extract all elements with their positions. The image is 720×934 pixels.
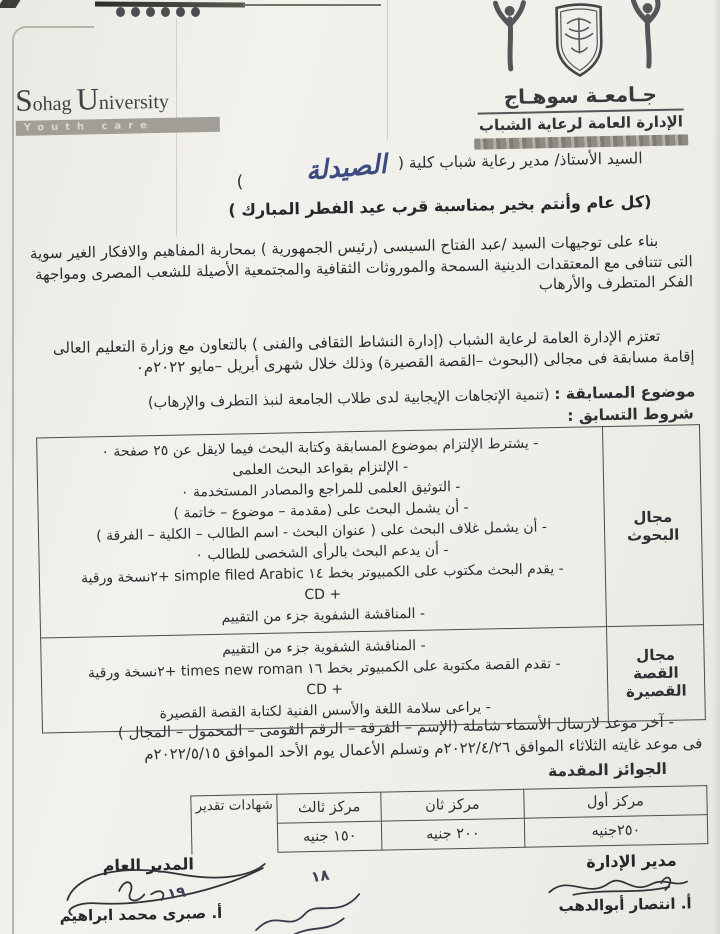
admin-director-name: أ. انتصار أبوالدهب [558, 894, 691, 915]
prize-certificates: شهادات تقدير [191, 794, 278, 854]
university-name-arabic: جـامعـة سوهـاج [473, 81, 687, 109]
prize-rank-3: مركز ثالث [277, 792, 381, 823]
handwritten-scribble [247, 886, 368, 934]
prize-amount-2: ٢٠٠ جنيه [381, 818, 524, 850]
eid-greeting-line: (كل عام وأنتم بخير بمناسبة قرب عيد الفطر… [228, 192, 651, 219]
scanned-letter-page: جـامعـة سوهـاج الإدارة العامة لرعاية الش… [0, 0, 720, 934]
college-name-handwritten: الصيدلة [305, 150, 388, 187]
announcement-paragraph: تعتزم الإدارة العامة لرعاية الشباب (إدار… [28, 325, 695, 379]
prize-rank-2: مركز ثان [381, 789, 524, 821]
university-logo-block: جـامعـة سوهـاج الإدارة العامة لرعاية الش… [471, 0, 688, 150]
subject-value: (تنمية الإتجاهات الإيجابية لدى طلاب الجا… [148, 387, 550, 411]
handwritten-number-left: ١٩ [166, 882, 187, 903]
field-name-research: مجال البحوث [602, 425, 703, 627]
addressee-line: السيد الأستاذ/ مدير رعاية شباب كلية ( ال… [236, 140, 643, 178]
prize-rank-1: مركز أول [523, 786, 707, 819]
conditions-label: شروط التسابق : [567, 404, 694, 425]
intro-paragraph: بناء على توجيهات السيد /عبد الفتاح السيس… [28, 230, 693, 305]
university-emblem-icon [471, 0, 687, 86]
university-name-english: Sohag University [15, 79, 226, 119]
prize-amount-3: ١٥٠ جنيه [278, 821, 382, 852]
handwritten-number-center: ١٨ [310, 866, 331, 887]
subject-label: موضوع المسابقة : [554, 382, 695, 403]
prizes-title: الجوائز المقدمة [548, 760, 667, 780]
youth-care-banner: Youth care [16, 117, 220, 136]
prize-amount-1: ٢٥٠جنيه [524, 815, 708, 848]
competition-rules-table: مجال البحوث - يشترط الإلتزام بموضوع المس… [36, 424, 706, 733]
department-name-arabic: الإدارة العامة لرعاية الشباب [474, 112, 688, 134]
addressee-text: السيد الأستاذ/ مدير رعاية شباب كلية ( [398, 149, 643, 172]
field-name-short-story: مجال القصة القصيرة [606, 625, 705, 722]
general-director-name: أ. صبرى محمد ابراهيم [60, 904, 223, 925]
closing-paren: ) [236, 172, 243, 192]
prizes-table: مركز أول مركز ثان مركز ثالث شهادات تقدير… [190, 785, 708, 854]
table-row-research: مجال البحوث - يشترط الإلتزام بموضوع المس… [37, 425, 704, 638]
english-logo-block: Sohag University Youth care [15, 79, 226, 136]
research-rules-cell: - يشترط الإلتزام بموضوع المسابقة وكتابة … [37, 427, 607, 638]
